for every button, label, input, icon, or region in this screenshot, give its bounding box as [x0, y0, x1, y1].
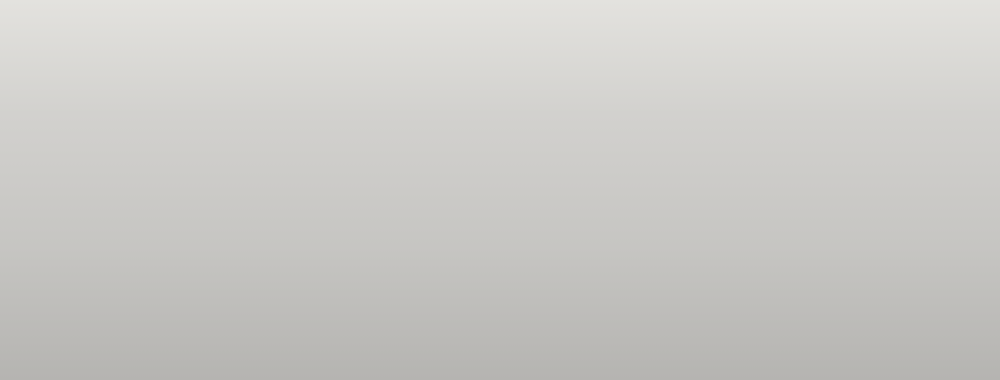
- paper-texture: [0, 0, 1000, 340]
- manuscript-paper: [0, 0, 1000, 340]
- manuscript-scan: [0, 0, 1000, 380]
- paper-sheen: [0, 0, 1000, 340]
- round-stamp-icon: [200, 218, 227, 245]
